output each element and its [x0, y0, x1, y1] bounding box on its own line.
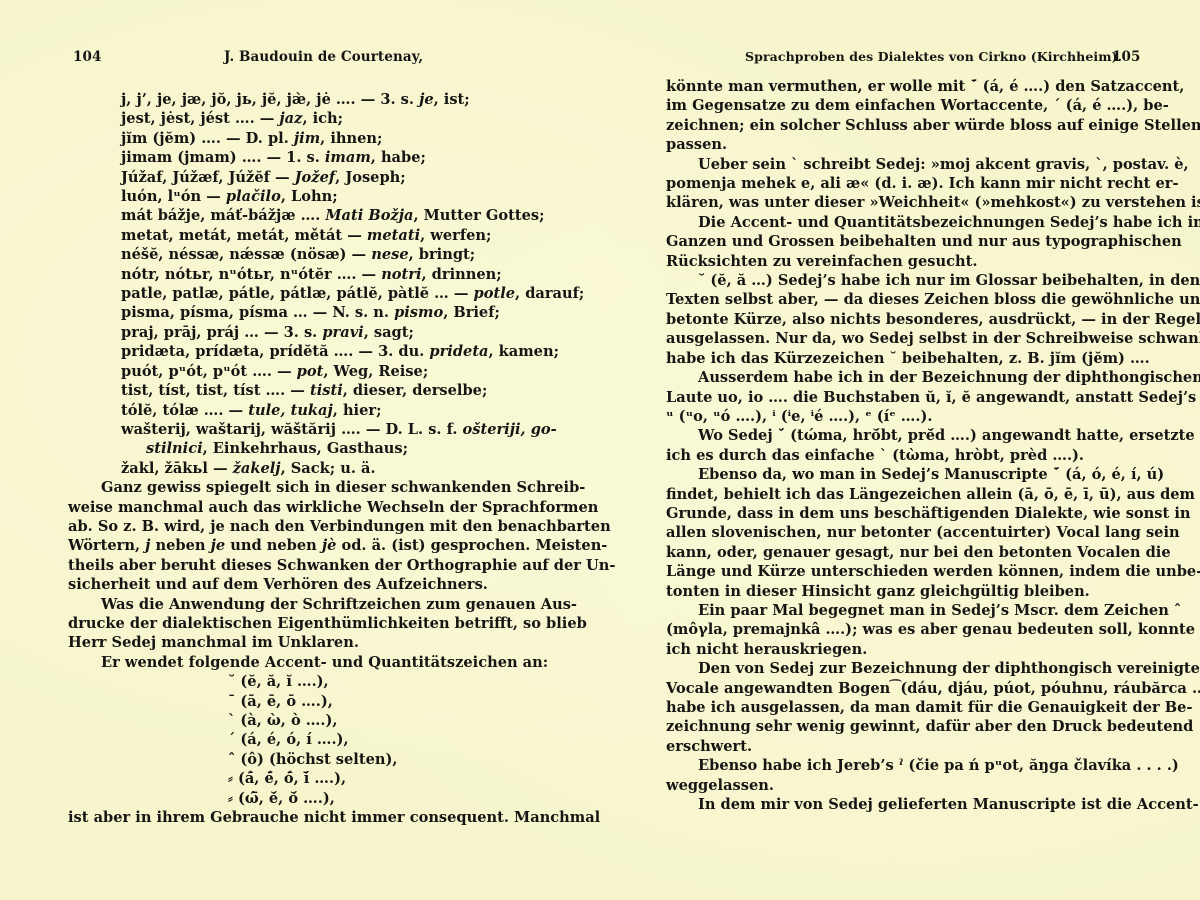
- accent-sign-row: ˆ (ô) (höchst selten),: [228, 750, 538, 769]
- text-line: ab. So z. B. wird, je nach den Verbindun…: [68, 517, 538, 536]
- entry-lemma: pismo: [394, 304, 443, 321]
- entry-forms: žakl, žākьl —: [121, 460, 233, 477]
- entry-lemma: stilnici: [146, 440, 203, 457]
- entry-gloss: , hier;: [333, 402, 382, 419]
- entry-gloss: , darauf;: [515, 285, 584, 302]
- entry-gloss: , Brief;: [443, 304, 500, 321]
- entry-gloss: , dieser, derselbe;: [343, 382, 488, 399]
- running-title: J. Baudouin de Courtenay,: [224, 49, 423, 65]
- entry-forms: puót, pᵘót, pᵘót …. —: [121, 363, 297, 380]
- page-number: 104: [73, 49, 101, 65]
- entry-forms: metat, metát, metát, mětát —: [121, 227, 367, 244]
- entry-forms: jĭm (jĕm) …. — D. pl.: [121, 130, 294, 147]
- entry-lemma: tisti: [310, 382, 343, 399]
- entry-lemma: nese: [371, 246, 408, 263]
- text-line: Er wendet folgende Accent- und Quantität…: [68, 653, 538, 672]
- entry-gloss: , werfen;: [420, 227, 491, 244]
- text-line: ᵘ (ᵘo, ᵘó ….), ⁱ (ⁱe, ⁱé ….), ᵉ (íᵉ ….).: [666, 407, 1134, 426]
- text-line: zeichnen; ein solcher Schluss aber würde…: [666, 116, 1134, 135]
- right-page: Sprachproben des Dialektes von Cirkno (K…: [600, 0, 1200, 900]
- paragraph: Ebenso habe ich Jereb’s ˀ (čie pa ń pᵘot…: [666, 756, 1134, 795]
- text-line: Texten selbst aber, — da dieses Zeichen …: [666, 290, 1134, 309]
- text-line: könnte man vermuthen, er wolle mit ˊ̄ (á…: [666, 77, 1134, 96]
- entry-lemma: ošteriji, go-: [463, 421, 557, 438]
- text-fragment: neben: [150, 537, 210, 554]
- paragraph: Den von Sedej zur Bezeichnung der diphth…: [666, 659, 1134, 756]
- text-line: Vocale angewandten Bogen ͡ (dáu, djáu, p…: [666, 679, 1134, 698]
- entry-gloss: , ihnen;: [320, 130, 382, 147]
- entry-gloss: , habe;: [371, 149, 426, 166]
- text-fragment: od. ä. (ist) gesprochen. Meisten-: [336, 537, 607, 554]
- entry-lemma: pravi: [322, 324, 363, 341]
- text-line: ausgelassen. Nur da, wo Sedej selbst in …: [666, 329, 1134, 348]
- glossary-entries: j, j’, je, jæ, jŏ, jь, jĕ, jæ̀, jė …. — …: [68, 90, 538, 478]
- glossary-entry: metat, metát, metát, mětát — metati, wer…: [68, 226, 538, 245]
- glossary-entry: néšĕ, néssæ, nǽssæ (nösæ) — nese, bringt…: [68, 245, 538, 264]
- italic-word: jè: [322, 537, 337, 554]
- entry-forms: pisma, písma, písma … — N. s. n.: [121, 304, 394, 321]
- glossary-entry: stilnici, Einkehrhaus, Gasthaus;: [68, 439, 538, 458]
- text-line: Rücksichten zu vereinfachen gesucht.: [666, 252, 1134, 271]
- accent-sign-row: ¯ (ā, ē, ō ….),: [228, 692, 538, 711]
- text-line: ich nicht herauskriegen.: [666, 640, 1134, 659]
- text-line: Ebenso da, wo man in Sedej’s Manuscripte…: [666, 465, 1134, 484]
- text-line: drucke der dialektischen Eigenthümlichke…: [68, 614, 538, 633]
- entry-forms: j, j’, je, jæ, jŏ, jь, jĕ, jæ̀, jė …. — …: [121, 91, 419, 108]
- entry-lemma: potle: [474, 285, 516, 302]
- paragraph: Ebenso da, wo man in Sedej’s Manuscripte…: [666, 465, 1134, 601]
- entry-forms: pridæta, prídæta, prídĕtă …. — 3. du.: [121, 343, 429, 360]
- text-line: sicherheit und auf dem Verhören des Aufz…: [68, 575, 538, 594]
- text-line: Den von Sedej zur Bezeichnung der diphth…: [666, 659, 1134, 678]
- accent-sign-row: ˊ (á, é, ó, í ….),: [228, 730, 538, 749]
- text-line: Ein paar Mal begegnet man in Sedej’s Msc…: [666, 601, 1134, 620]
- page-number: 105: [1112, 49, 1140, 65]
- entry-lemma: notri: [381, 266, 421, 283]
- text-line: kann, oder, genauer gesagt, nur bei den …: [666, 543, 1134, 562]
- text-line: Ueber sein ˋ schreibt Sedej: »moj akcent…: [666, 155, 1134, 174]
- glossary-entry: nótr, nótьr, nᵘótьr, nᵘótĕr …. — notri, …: [68, 265, 538, 284]
- accent-sign-list: ˘ (ĕ, ă, ĭ ….),¯ (ā, ē, ō ….),ˋ (à, ὼ, ò…: [68, 672, 538, 808]
- paragraph: Wo Sedej ˊ̆ (tώma, hrŏ́bt, prĕ́d ….) ang…: [666, 426, 1134, 465]
- text-line: weggelassen.: [666, 776, 1134, 795]
- text-line: In dem mir von Sedej gelieferten Manuscr…: [666, 795, 1134, 814]
- glossary-entry: jĭm (jĕm) …. — D. pl. jim, ihnen;: [68, 129, 538, 148]
- text-line: Grunde, dass in dem uns beschäftigenden …: [666, 504, 1134, 523]
- entry-forms: luón, lᵘón —: [121, 188, 226, 205]
- paragraph: Ganz gewiss spiegelt sich in dieser schw…: [68, 478, 538, 594]
- accent-sign-row: ˋ (à, ὼ, ò ….),: [228, 711, 538, 730]
- text-line: erschwert.: [666, 737, 1134, 756]
- text-line: Die Accent- und Quantitätsbezeichnungen …: [666, 213, 1134, 232]
- text-line: Was die Anwendung der Schriftzeichen zum…: [68, 595, 538, 614]
- entry-forms: tólĕ, tólæ …. —: [121, 402, 248, 419]
- glossary-entry: jimam (jmam) …. — 1. s. imam, habe;: [68, 148, 538, 167]
- paragraph: Ein paar Mal begegnet man in Sedej’s Msc…: [666, 601, 1134, 659]
- paragraph: Er wendet folgende Accent- und Quantität…: [68, 653, 538, 672]
- glossary-entry: mát bážje, máť-bážjæ …. Mati Božja, Mutt…: [68, 206, 538, 225]
- glossary-entry: jest, jėst, jést …. — jaz, ich;: [68, 109, 538, 128]
- text-line: zeichnung sehr wenig gewinnt, dafür aber…: [666, 717, 1134, 736]
- text-line: habe ich das Kürzezeichen ˘ beibehalten,…: [666, 349, 1134, 368]
- right-page-body: könnte man vermuthen, er wolle mit ˊ̄ (á…: [666, 77, 1134, 814]
- text-line: ich es durch das einfache ˋ (tὼma, hròbt…: [666, 446, 1134, 465]
- left-page: 104 J. Baudouin de Courtenay, j, j’, je,…: [0, 0, 600, 900]
- entry-lemma: imam: [325, 149, 371, 166]
- entry-gloss: , Lohn;: [281, 188, 338, 205]
- paragraph: könnte man vermuthen, er wolle mit ˊ̄ (á…: [666, 77, 1134, 155]
- entry-forms: tist, tíst, tist, tíst …. —: [121, 382, 310, 399]
- entry-gloss: , bringt;: [409, 246, 476, 263]
- entry-forms: patle, patlæ, pátle, pátlæ, pátlĕ, pàtlĕ…: [121, 285, 474, 302]
- accent-sign-row: ⸗ (á̄, é̄, ó̄, í̄ ….),: [228, 769, 538, 788]
- book-spread: 104 J. Baudouin de Courtenay, j, j’, je,…: [0, 0, 1200, 900]
- paragraph: Ausserdem habe ich in der Bezeichnung de…: [666, 368, 1134, 426]
- entry-gloss: , kamen;: [489, 343, 559, 360]
- text-line: passen.: [666, 135, 1134, 154]
- text-line: habe ich ausgelassen, da man damit für d…: [666, 698, 1134, 717]
- text-line: Ausserdem habe ich in der Bezeichnung de…: [666, 368, 1134, 387]
- accent-sign-row: ˘ (ĕ, ă, ĭ ….),: [228, 672, 538, 691]
- text-line: Ebenso habe ich Jereb’s ˀ (čie pa ń pᵘot…: [666, 756, 1134, 775]
- entry-lemma: plačilo: [226, 188, 281, 205]
- entry-lemma: je: [419, 91, 434, 108]
- text-line: weise manchmal auch das wirkliche Wechse…: [68, 498, 538, 517]
- entry-gloss: , ist;: [434, 91, 470, 108]
- glossary-entry: pridæta, prídæta, prídĕtă …. — 3. du. pr…: [68, 342, 538, 361]
- glossary-entry: patle, patlæ, pátle, pátlæ, pátlĕ, pàtlĕ…: [68, 284, 538, 303]
- text-line: Länge und Kürze unterschieden werden kön…: [666, 562, 1134, 581]
- glossary-entry: luón, lᵘón — plačilo, Lohn;: [68, 187, 538, 206]
- text-line: im Gegensatze zu dem einfachen Wortaccen…: [666, 96, 1134, 115]
- entry-gloss: , drinnen;: [422, 266, 502, 283]
- text-line: pomenja mehek e, ali æ« (d. i. æ). Ich k…: [666, 174, 1134, 193]
- text-line: Wörtern, j neben je und neben jè od. ä. …: [68, 536, 538, 555]
- text-line: (môγla, premajnkâ ….); was es aber genau…: [666, 620, 1134, 639]
- text-fragment: Wörtern,: [68, 537, 145, 554]
- entry-gloss: , sagt;: [364, 324, 414, 341]
- glossary-entry: Júžaf, Júžæf, Júžĕf — Jožef, Joseph;: [68, 168, 538, 187]
- text-line: allen slovenischen, nur betonter (accent…: [666, 523, 1134, 542]
- text-line: theils aber beruht dieses Schwanken der …: [68, 556, 538, 575]
- glossary-entry: praj, prāj, práj … — 3. s. pravi, sagt;: [68, 323, 538, 342]
- glossary-entry: tist, tíst, tist, tíst …. — tisti, diese…: [68, 381, 538, 400]
- entry-forms: jest, jėst, jést …. —: [121, 110, 279, 127]
- running-title: Sprachproben des Dialektes von Cirkno (K…: [745, 49, 1122, 64]
- entry-gloss: , Mutter Gottes;: [413, 207, 544, 224]
- glossary-entry: pisma, písma, písma … — N. s. n. pismo, …: [68, 303, 538, 322]
- entry-lemma: pot: [297, 363, 324, 380]
- entry-lemma: žakelj: [233, 460, 281, 477]
- entry-forms: wašterij, waštarij, wăštărij …. — D. L. …: [121, 421, 463, 438]
- accent-sign-row: ⸗ (ώ̄, ĕ́, ŏ́ ….),: [228, 789, 538, 808]
- text-line: Ganz gewiss spiegelt sich in dieser schw…: [68, 478, 538, 497]
- entry-forms: néšĕ, néssæ, nǽssæ (nösæ) —: [121, 246, 371, 263]
- entry-gloss: , Weg, Reise;: [323, 363, 428, 380]
- paragraph: Die Accent- und Quantitätsbezeichnungen …: [666, 213, 1134, 271]
- entry-lemma: jim: [294, 130, 320, 147]
- text-line: findet, behielt ich das Längezeichen all…: [666, 485, 1134, 504]
- entry-forms: Júžaf, Júžæf, Júžĕf —: [121, 169, 295, 186]
- glossary-entry: žakl, žākьl — žakelj, Sack; u. ä.: [68, 459, 538, 478]
- glossary-entry: puót, pᵘót, pᵘót …. — pot, Weg, Reise;: [68, 362, 538, 381]
- paragraph: Was die Anwendung der Schriftzeichen zum…: [68, 595, 538, 653]
- text-line: ist aber in ihrem Gebrauche nicht immer …: [68, 808, 538, 827]
- entry-forms: jimam (jmam) …. — 1. s.: [121, 149, 325, 166]
- text-line: Herr Sedej manchmal im Unklaren.: [68, 633, 538, 652]
- entry-forms: nótr, nótьr, nᵘótьr, nᵘótĕr …. —: [121, 266, 381, 283]
- entry-lemma: jaz: [279, 110, 302, 127]
- entry-lemma: metati: [367, 227, 420, 244]
- glossary-entry: tólĕ, tólæ …. — tule, tukaj, hier;: [68, 401, 538, 420]
- text-line: betonte Kürze, also nichts besonderes, a…: [666, 310, 1134, 329]
- entry-lemma: Jožef: [295, 169, 336, 186]
- text-line: tonten in dieser Hinsicht ganz gleichgül…: [666, 582, 1134, 601]
- paragraph: ˘ (ĕ, ă …) Sedej’s habe ich nur im Gloss…: [666, 271, 1134, 368]
- text-line: klären, was unter dieser »Weichheit« (»m…: [666, 193, 1134, 212]
- entry-gloss: , Sack; u. ä.: [281, 460, 376, 477]
- text-line: Wo Sedej ˊ̆ (tώma, hrŏ́bt, prĕ́d ….) ang…: [666, 426, 1134, 445]
- text-line: Ganzen und Grossen beibehalten und nur a…: [666, 232, 1134, 251]
- text-line: ˘ (ĕ, ă …) Sedej’s habe ich nur im Gloss…: [666, 271, 1134, 290]
- entry-lemma: tule, tukaj: [248, 402, 333, 419]
- entry-gloss: , Einkehrhaus, Gasthaus;: [203, 440, 408, 457]
- text-line: Laute uo, io …. die Buchstaben ŭ, ĭ, ĕ a…: [666, 388, 1134, 407]
- entry-lemma: prideta: [429, 343, 488, 360]
- glossary-entry: j, j’, je, jæ, jŏ, jь, jĕ, jæ̀, jė …. — …: [68, 90, 538, 109]
- paragraph: Ueber sein ˋ schreibt Sedej: »moj akcent…: [666, 155, 1134, 213]
- entry-gloss: , ich;: [302, 110, 343, 127]
- paragraph: ist aber in ihrem Gebrauche nicht immer …: [68, 808, 538, 827]
- paragraph: In dem mir von Sedej gelieferten Manuscr…: [666, 795, 1134, 814]
- glossary-entry: wašterij, waštarij, wăštărij …. — D. L. …: [68, 420, 538, 439]
- entry-forms: mát bážje, máť-bážjæ ….: [121, 207, 325, 224]
- entry-lemma: Mati Božja: [325, 207, 413, 224]
- entry-forms: praj, prāj, práj … — 3. s.: [121, 324, 322, 341]
- text-fragment: und neben: [225, 537, 322, 554]
- entry-gloss: , Joseph;: [335, 169, 406, 186]
- italic-word: je: [211, 537, 226, 554]
- left-page-body: j, j’, je, jæ, jŏ, jь, jĕ, jæ̀, jė …. — …: [68, 90, 538, 827]
